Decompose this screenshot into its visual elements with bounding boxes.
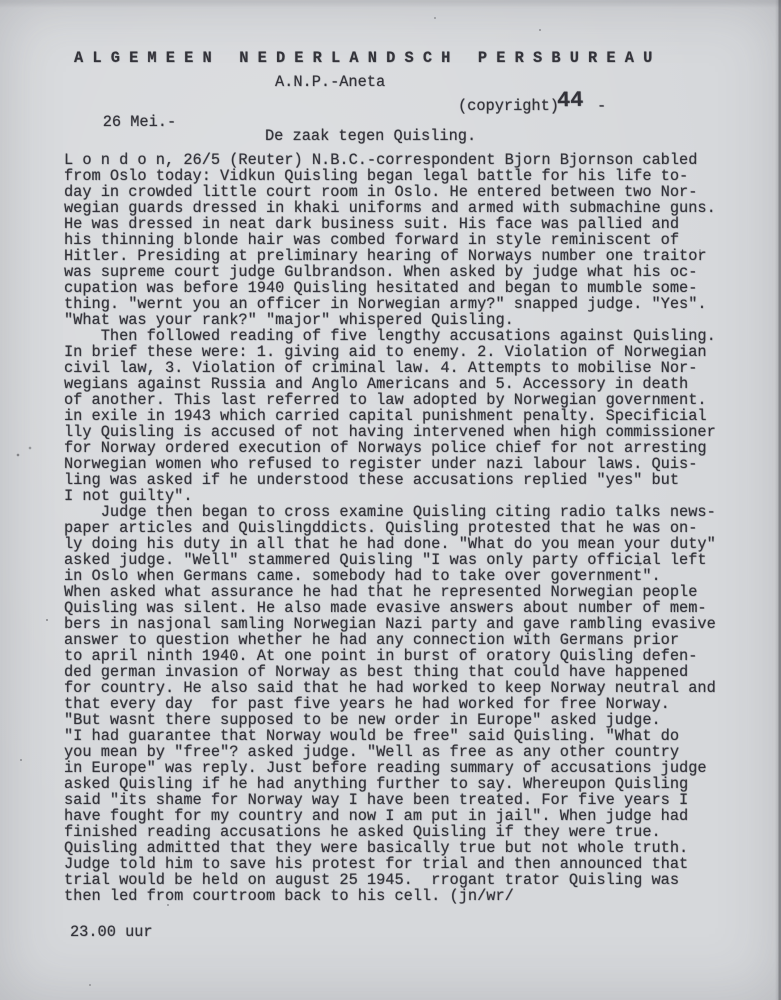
copy-number-dash: - xyxy=(597,98,606,114)
copyright-label: (copyright) xyxy=(458,98,559,114)
agency-subtitle: A.N.P.-Aneta xyxy=(275,74,781,90)
time-stamp: 23.00 uur xyxy=(70,924,781,940)
copy-number: 44 xyxy=(557,93,584,109)
article-body: L o n d o n, 26/5 (Reuter) N.B.C.-corres… xyxy=(64,152,781,904)
agency-title: A L G E M E E N N E D E R L A N D S C H … xyxy=(74,50,781,66)
document-page: A L G E M E E N N E D E R L A N D S C H … xyxy=(0,0,781,1000)
article-heading: De zaak tegen Quisling. xyxy=(265,128,781,144)
date-row: 26 Mei.- (copyright) 44 - xyxy=(64,98,781,114)
date-label: 26 Mei.- xyxy=(103,113,176,131)
